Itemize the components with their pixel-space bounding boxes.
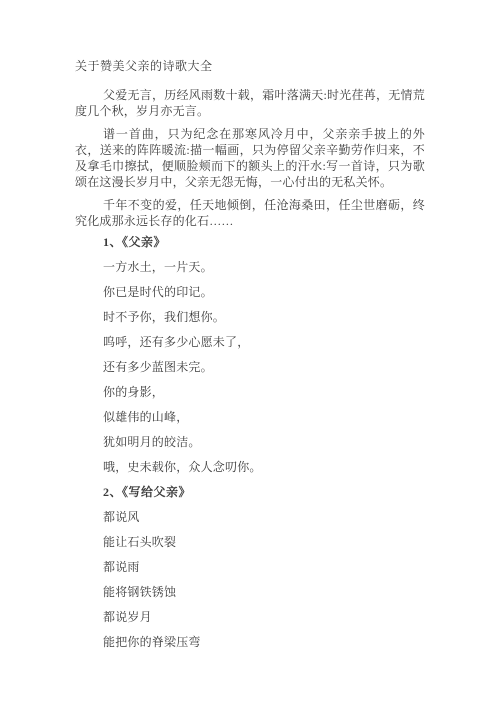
poem-line: 呜呼，还有多少心愿未了， [103, 336, 425, 348]
poem-line: 都说岁月 [103, 611, 425, 623]
intro-section: 父爱无言，历经风雨数十载，霜叶落满天:时光荏苒，无情荒度几个秋，岁月亦无言。谱一… [75, 87, 425, 229]
poem-line: 时不予你，我们想你。 [103, 311, 425, 323]
poem-line: 能将钢铁锈蚀 [103, 586, 425, 598]
poem-line: 一方水土，一片天。 [103, 261, 425, 273]
intro-paragraph: 谱一首曲，只为纪念在那寒风冷月中，父亲亲手披上的外衣，送来的阵阵暖流:描一幅画，… [75, 126, 425, 190]
intro-paragraph: 千年不变的爱，任天地倾倒，任沧海桑田，任尘世磨砺，终究化成那永远长存的化石…… [75, 197, 425, 229]
poem-line: 还有多少蓝图未完。 [103, 361, 425, 373]
document-page: 关于赞美父亲的诗歌大全 父爱无言，历经风雨数十载，霜叶落满天:时光荏苒，无情荒度… [0, 0, 500, 707]
poem-line: 都说风 [103, 511, 425, 523]
poems-section: 1、《父亲》一方水土，一片天。你已是时代的印记。时不予你，我们想你。呜呼，还有多… [75, 236, 425, 648]
poem-heading: 1、《父亲》 [103, 236, 425, 248]
poem-line: 能让石头吹裂 [103, 536, 425, 548]
poem-line: 犹如明月的皎洁。 [103, 436, 425, 448]
poem-line: 哦，史未载你，众人念叨你。 [103, 461, 425, 473]
intro-paragraph: 父爱无言，历经风雨数十载，霜叶落满天:时光荏苒，无情荒度几个秋，岁月亦无言。 [75, 87, 425, 119]
poem-line: 似雄伟的山峰， [103, 411, 425, 423]
poem-heading: 2、《写给父亲》 [103, 486, 425, 498]
poem-line: 能把你的脊梁压弯 [103, 636, 425, 648]
document-title: 关于赞美父亲的诗歌大全 [75, 60, 425, 72]
poem-line: 你已是时代的印记。 [103, 286, 425, 298]
poem-line: 都说雨 [103, 561, 425, 573]
poem-line: 你的身影， [103, 386, 425, 398]
